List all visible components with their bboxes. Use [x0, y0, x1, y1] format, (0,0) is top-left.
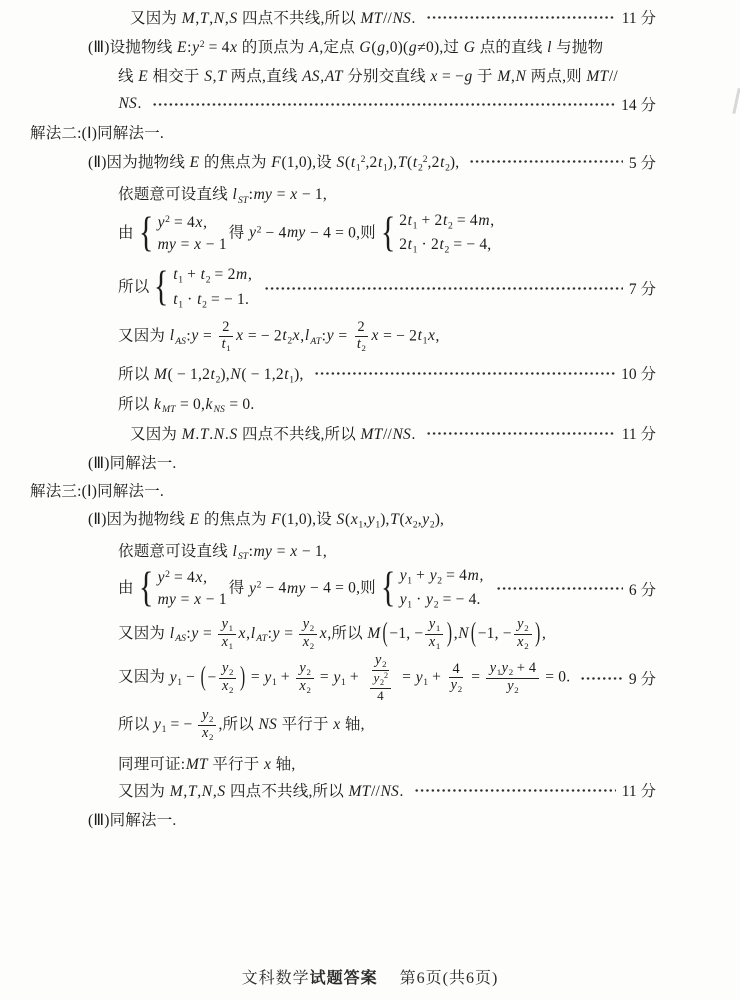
subscript: 2: [445, 162, 450, 173]
math-variable: my: [157, 591, 176, 608]
subscript: 1: [436, 641, 440, 651]
cases-row: t1 + t2 = 2m,: [173, 265, 252, 286]
cases-row: my = x − 1: [157, 235, 227, 254]
subscript: ST: [238, 195, 249, 206]
math-variable: x: [371, 327, 379, 344]
math-variable: S: [204, 68, 213, 85]
math-variable: my: [157, 236, 176, 253]
subscript: 1: [178, 275, 183, 286]
math-variable: MT: [360, 10, 383, 27]
doc-line-15: (Ⅱ)因为抛物线 E 的焦点为 F(1,0),设 S(x1,y1),T(x2,y…: [0, 507, 740, 530]
score-label: 7 分: [629, 277, 656, 299]
dotted-leader: [152, 101, 616, 108]
paren-right: ): [535, 618, 540, 650]
doc-line-18: 又因为 lAS:y = y1x1x,lAT:y = y2x2x,所以 M( −1…: [0, 617, 740, 652]
score-label: 11 分: [622, 6, 656, 28]
fraction: 2t1: [218, 320, 234, 354]
math-variable: S: [336, 154, 345, 171]
subscript: 1: [413, 220, 418, 231]
score-label: 14 分: [621, 93, 656, 115]
math-variable: AT: [256, 633, 268, 644]
math-variable: y: [191, 625, 199, 642]
math-variable: N: [213, 426, 225, 443]
doc-line-6: 依题意可设直线 lST:my = x − 1,: [0, 182, 740, 205]
cases-rows: y1 + y2 = 4m,y1 · y2 = − 4.: [399, 566, 483, 612]
page-number: 第6页(共6页): [400, 970, 499, 987]
line-text: (Ⅱ)因为抛物线 E 的焦点为 F(1,0),设 S(x1,y1),T(x2,y…: [88, 507, 444, 530]
doc-line-14: 解法三:(Ⅰ)同解法一.: [0, 479, 740, 501]
math-variable: m: [236, 266, 248, 283]
fraction-denominator: t1: [218, 337, 234, 354]
math-variable: x: [194, 236, 202, 253]
math-variable: x: [201, 725, 209, 741]
line-text: 所以 M( − 1,2t2),N( − 1,2t1),: [118, 362, 304, 385]
math-variable: x: [236, 327, 244, 344]
fraction-numerator: y1: [425, 617, 443, 635]
superscript: 2: [257, 224, 262, 235]
math-variable: y: [249, 580, 257, 597]
fraction-denominator: x1: [425, 635, 443, 652]
paren-content: − y2x2: [208, 661, 239, 696]
math-variable: ST: [238, 195, 249, 206]
math-variable: y: [157, 214, 165, 231]
math-variable: x: [302, 634, 310, 650]
subscript: 2: [306, 685, 310, 695]
math-variable: x: [195, 214, 203, 231]
subscript: 1: [358, 520, 363, 531]
paren-content: −1, − y2x2: [478, 617, 534, 652]
math-variable: y: [375, 652, 383, 668]
math-variable: T: [397, 154, 407, 171]
math-variable: y: [373, 670, 380, 685]
subscript: 1: [229, 623, 233, 633]
subscript: 1: [423, 677, 428, 688]
doc-line-20: 所以 y1 = − y2x2,所以 NS 平行于 x 轴,: [0, 708, 740, 743]
math-variable: T: [390, 511, 400, 528]
math-variable: x: [319, 625, 327, 642]
cases-system: {y2 = 4x,my = x − 1: [136, 213, 227, 255]
fraction-numerator: y1y2 + 4: [486, 661, 539, 679]
exam-title: 文科数学: [242, 970, 310, 987]
math-variable: E: [177, 39, 188, 56]
math-variable: g: [464, 68, 473, 85]
math-variable: F: [271, 154, 282, 171]
math-variable: y: [157, 569, 165, 586]
subscript: AS: [175, 336, 187, 347]
math-variable: y: [422, 511, 430, 528]
math-variable: MT: [360, 426, 383, 443]
fraction-denominator: x2: [299, 635, 317, 652]
big-paren-group: ( −1, − y1x1): [381, 617, 454, 652]
math-variable: MT: [586, 68, 609, 85]
line-text: NS.: [118, 95, 142, 113]
math-variable: MT: [348, 783, 371, 800]
subscript: 2: [448, 220, 453, 231]
subscript: 1: [341, 677, 346, 688]
math-variable: NS: [392, 10, 412, 27]
math-variable: N: [458, 625, 470, 642]
paren-left: (: [201, 662, 206, 694]
math-variable: G: [359, 39, 371, 56]
subscript: 1: [229, 641, 233, 651]
paren-content: −1, − y1x1: [389, 617, 445, 652]
score-label: 10 分: [621, 362, 656, 384]
cases-row: 2t1 · 2t2 = − 4,: [399, 235, 494, 256]
math-variable: y: [153, 716, 161, 733]
fraction: y2x2: [296, 661, 314, 696]
fraction-numerator: y2: [299, 617, 317, 635]
subscript: 2: [310, 623, 314, 633]
fraction-numerator: y2: [296, 661, 314, 679]
math-variable: MT: [185, 756, 208, 773]
dotted-leader: [414, 787, 616, 794]
math-variable: S: [229, 10, 238, 27]
subscript: 2: [437, 575, 442, 586]
math-variable: E: [189, 511, 200, 528]
math-variable: AT: [310, 336, 322, 347]
math-variable: AS: [175, 633, 187, 644]
subscript: 2: [430, 520, 435, 531]
cases-system: {2t1 + 2t2 = 4m,2t1 · 2t2 = − 4,: [378, 211, 495, 257]
doc-line-12: 又因为 M.T.N.S 四点不共线,所以 MT//NS. 11 分: [0, 422, 740, 444]
subscript: 1: [375, 520, 380, 531]
math-variable: MT: [162, 404, 176, 415]
doc-line-19: 又因为 y1 − ( − y2x2) = y1 + y2x2 = y1 + y2…: [0, 653, 740, 703]
fraction: y1x1: [218, 617, 236, 652]
cases-row: y2 = 4x,: [157, 213, 227, 232]
score-label: 9 分: [629, 667, 656, 689]
doc-line-23: (Ⅲ)同解法一.: [0, 808, 740, 830]
fraction: y2x2: [198, 708, 216, 743]
brace-icon: {: [381, 214, 396, 254]
fraction-denominator: x2: [219, 679, 237, 696]
cases-rows: y2 = 4x,my = x − 1: [157, 568, 227, 610]
doc-line-21: 同理可证:MT 平行于 x 轴,: [0, 752, 740, 774]
math-variable: x: [222, 678, 230, 694]
dotted-leader: [469, 158, 623, 165]
line-text: 由{y2 = 4x,my = x − 1得 y2 − 4my − 4 = 0,则…: [118, 566, 486, 612]
doc-line-22: 又因为 M,T,N,S 四点不共线,所以 MT//NS. 11 分: [0, 779, 740, 801]
fraction-numerator: 2: [355, 320, 368, 337]
fraction-numerator: y2: [514, 617, 532, 635]
subscript: AT: [310, 336, 322, 347]
math-variable: M: [153, 366, 167, 383]
math-variable: g: [377, 39, 386, 56]
line-text: 又因为 M,T,N,S 四点不共线,所以 MT//NS.: [118, 779, 404, 801]
doc-line-5: (Ⅱ)因为抛物线 E 的焦点为 F(1,0),设 S(t12,2t1),T(t2…: [0, 150, 740, 173]
line-text: 所以{t1 + t2 = 2m,t1 · t2 = − 1.: [118, 265, 254, 311]
superscript: 2: [257, 580, 262, 591]
big-paren-group: ( − y2x2): [199, 661, 247, 696]
math-variable: T: [187, 783, 197, 800]
fraction-denominator: x2: [296, 679, 314, 696]
math-variable: ST: [238, 551, 249, 562]
line-text: (Ⅱ)因为抛物线 E 的焦点为 F(1,0),设 S(t12,2t1),T(t2…: [88, 150, 459, 173]
math-variable: M: [497, 68, 511, 85]
math-variable: S: [217, 783, 226, 800]
math-variable: T: [199, 10, 209, 27]
scanned-answer-page: 又因为 M,T,N,S 四点不共线,所以 MT//NS. 11 分 (Ⅲ)设抛物…: [0, 0, 740, 1000]
fraction: y2x2: [219, 661, 237, 696]
math-variable: y: [428, 616, 436, 632]
math-variable: N: [230, 366, 242, 383]
doc-line-16: 依题意可设直线 lST:my = x − 1,: [0, 539, 740, 562]
subscript: 2: [524, 641, 528, 651]
math-variable: x: [221, 634, 229, 650]
dotted-leader: [496, 585, 623, 592]
subscript: 2: [229, 667, 233, 677]
doc-line-1: (Ⅲ)设抛物线 E:y2 = 4x 的顶点为 A,定点 G(g,0)(g≠0),…: [0, 35, 740, 57]
math-variable: T: [199, 426, 209, 443]
math-variable: AS: [175, 336, 187, 347]
cases-system: {y2 = 4x,my = x − 1: [136, 568, 227, 610]
subscript: 1: [177, 677, 182, 688]
fraction-numerator: y1: [218, 617, 236, 635]
math-variable: T: [217, 68, 227, 85]
line-text: 又因为 y1 − ( − y2x2) = y1 + y2x2 = y1 + y2…: [118, 653, 570, 703]
math-variable: y: [450, 677, 458, 693]
superscript: 2: [384, 671, 388, 680]
math-variable: y: [501, 660, 509, 676]
math-variable: E: [189, 154, 200, 171]
subscript: 2: [413, 520, 418, 531]
fraction: y2x2: [299, 617, 317, 652]
subscript: 2: [310, 641, 314, 651]
math-variable: x: [194, 591, 202, 608]
math-variable: x: [195, 569, 203, 586]
paren-left: (: [471, 618, 476, 650]
math-variable: S: [336, 511, 345, 528]
subscript: 1: [178, 299, 183, 310]
subscript: 2: [206, 275, 211, 286]
line-text: 又因为 M.T.N.S 四点不共线,所以 MT//NS.: [130, 422, 416, 444]
fraction-numerator: y22: [370, 671, 391, 689]
line-text: 所以 y1 = − y2x2,所以 NS 平行于 x 轴,: [118, 708, 365, 743]
fraction: 2t2: [353, 320, 369, 354]
line-text: 又因为 M,T,N,S 四点不共线,所以 MT//NS.: [130, 6, 416, 28]
doc-line-9: 又因为 lAS:y = 2t1x = − 2t2x,lAT:y = 2t2x =…: [0, 320, 740, 354]
subscript: ST: [238, 551, 249, 562]
math-variable: l: [547, 39, 553, 56]
math-variable: x: [230, 39, 238, 56]
subscript: 1: [383, 162, 388, 173]
subscript: 1: [407, 575, 412, 586]
math-variable: G: [463, 39, 475, 56]
math-variable: y: [264, 669, 272, 686]
math-variable: y: [201, 707, 209, 723]
line-text: (Ⅲ)设抛物线 E:y2 = 4x 的顶点为 A,定点 G(g,0)(g≠0),…: [88, 35, 603, 57]
fraction: y1y2 + 4y2: [486, 661, 539, 696]
math-variable: g: [408, 39, 417, 56]
fraction-numerator: y2: [219, 661, 237, 679]
math-variable: x: [238, 625, 246, 642]
math-variable: x: [290, 543, 298, 560]
math-variable: y: [326, 327, 334, 344]
fraction-numerator: 4: [449, 662, 462, 679]
fraction-denominator: x2: [514, 635, 532, 652]
dotted-leader: [580, 675, 623, 682]
math-variable: x: [333, 716, 341, 733]
fraction-numerator: y2: [372, 653, 390, 671]
cases-system: {t1 + t2 = 2m,t1 · t2 = − 1.: [151, 265, 252, 311]
fraction: y2x2: [514, 617, 532, 652]
subscript: NS: [213, 404, 225, 415]
subscript: 2: [509, 667, 513, 677]
superscript: 2: [423, 154, 428, 165]
math-variable: k: [153, 396, 161, 413]
math-variable: y: [192, 39, 200, 56]
line-text: (Ⅲ)同解法一.: [88, 451, 177, 473]
subscript: 2: [209, 715, 213, 725]
line-text: (Ⅲ)同解法一.: [88, 808, 177, 830]
math-variable: NS: [118, 95, 138, 112]
fraction-denominator: y224: [365, 671, 396, 703]
line-text: 依题意可设直线 lST:my = x − 1,: [118, 182, 327, 205]
subscript: 2: [524, 623, 528, 633]
line-text: 又因为 lAS:y = 2t1x = − 2t2x,lAT:y = 2t2x =…: [118, 320, 440, 354]
subscript: 2: [382, 660, 386, 670]
score-label: 5 分: [629, 151, 656, 173]
subscript: 2: [202, 299, 207, 310]
cases-row: my = x − 1: [157, 590, 227, 609]
superscript: 2: [361, 154, 366, 165]
brace-icon: {: [139, 569, 154, 609]
subscript: MT: [162, 404, 176, 415]
superscript: 2: [200, 39, 205, 50]
exam-title-bold: 试题答案: [310, 970, 378, 987]
cases-row: 2t1 + 2t2 = 4m,: [399, 211, 494, 232]
math-variable: y: [426, 591, 434, 608]
line-text: 同理可证:MT 平行于 x 轴,: [118, 752, 295, 774]
subscript: 2: [444, 244, 449, 255]
doc-line-10: 所以 M( − 1,2t2),N( − 1,2t1), 10 分: [0, 362, 740, 385]
math-variable: my: [253, 543, 272, 560]
fraction-denominator: x2: [198, 726, 216, 743]
math-variable: N: [515, 68, 527, 85]
superscript: 2: [165, 569, 170, 580]
dotted-leader: [264, 285, 623, 292]
doc-line-2: 线 E 相交于 S,T 两点,直线 AS,AT 分别交直线 x = −g 于 M…: [0, 64, 740, 86]
math-variable: y: [222, 660, 230, 676]
math-variable: S: [229, 426, 238, 443]
math-variable: y: [333, 669, 341, 686]
doc-line-0: 又因为 M,T,N,S 四点不共线,所以 MT//NS. 11 分: [0, 6, 740, 28]
fraction-denominator: y2: [447, 678, 465, 695]
paren-right: ): [447, 618, 452, 650]
subscript: 1: [162, 725, 167, 736]
subscript: AS: [175, 633, 187, 644]
math-variable: x: [290, 186, 298, 203]
subscript: 1: [289, 374, 294, 385]
dotted-leader: [426, 14, 616, 21]
cases-row: y1 · y2 = − 4.: [399, 590, 483, 611]
score-label: 6 分: [629, 578, 656, 600]
subscript: 2: [514, 685, 518, 695]
math-variable: NS: [380, 783, 400, 800]
fraction-denominator: y2: [504, 679, 522, 696]
doc-line-11: 所以 kMT = 0,kNS = 0.: [0, 392, 740, 415]
line-text: 又因为 lAS:y = y1x1x,lAT:y = y2x2x,所以 M( −1…: [118, 617, 546, 652]
math-variable: x: [430, 68, 438, 85]
fraction: y2y224: [365, 653, 396, 703]
math-variable: AT: [324, 68, 343, 85]
math-variable: A: [309, 39, 320, 56]
math-variable: y: [272, 625, 280, 642]
line-text: 依题意可设直线 lST:my = x − 1,: [118, 539, 327, 562]
math-variable: NS: [392, 426, 412, 443]
fraction-numerator: 2: [219, 320, 232, 337]
line-text: 所以 kMT = 0,kNS = 0.: [118, 392, 254, 415]
fraction-numerator: y2: [198, 708, 216, 726]
subscript: 1: [272, 677, 277, 688]
math-variable: x: [427, 327, 435, 344]
doc-line-3: NS. 14 分: [0, 93, 740, 115]
score-label: 11 分: [622, 422, 656, 444]
doc-line-7: 由{y2 = 4x,my = x − 1得 y2 − 4my − 4 = 0,则…: [0, 211, 740, 257]
math-variable: my: [287, 580, 306, 597]
math-variable: E: [138, 68, 149, 85]
cases-rows: y2 = 4x,my = x − 1: [157, 213, 227, 255]
math-variable: N: [213, 10, 225, 27]
subscript: 2: [458, 684, 462, 694]
math-variable: M: [169, 783, 183, 800]
cases-row: t1 · t2 = − 1.: [173, 290, 252, 311]
math-variable: x: [405, 511, 413, 528]
math-variable: x: [292, 327, 300, 344]
doc-line-8: 所以{t1 + t2 = 2m,t1 · t2 = − 1. 7 分: [0, 265, 740, 311]
dotted-leader: [426, 430, 616, 437]
doc-line-4: 解法二:(Ⅰ)同解法一.: [0, 121, 740, 143]
subscript: 1: [413, 244, 418, 255]
fraction-denominator: 4: [374, 689, 387, 703]
math-variable: y: [302, 616, 310, 632]
brace-icon: {: [139, 214, 154, 254]
math-variable: F: [271, 511, 282, 528]
line-text: 由{y2 = 4x,my = x − 1得 y2 − 4my − 4 = 0,则…: [118, 211, 496, 257]
doc-line-13: (Ⅲ)同解法一.: [0, 451, 740, 473]
fraction: 4y2: [447, 662, 465, 696]
math-variable: NS: [213, 404, 225, 415]
fraction: y1x1: [425, 617, 443, 652]
big-paren-group: ( −1, − y2x2): [469, 617, 542, 652]
line-text: 解法二:(Ⅰ)同解法一.: [30, 121, 164, 143]
math-variable: my: [287, 224, 306, 241]
line-text: 解法三:(Ⅰ)同解法一.: [30, 479, 164, 501]
line-text: 线 E 相交于 S,T 两点,直线 AS,AT 分别交直线 x = −g 于 M…: [118, 64, 618, 86]
fraction-denominator: t2: [353, 337, 369, 354]
math-variable: y: [489, 660, 497, 676]
cases-rows: 2t1 + 2t2 = 4m,2t1 · 2t2 = − 4,: [399, 211, 494, 257]
dotted-leader: [314, 370, 616, 377]
fraction-denominator: x1: [218, 635, 236, 652]
math-variable: y: [191, 327, 199, 344]
math-variable: m: [478, 212, 490, 229]
math-variable: AS: [302, 68, 321, 85]
cases-rows: t1 + t2 = 2m,t1 · t2 = − 1.: [173, 265, 252, 311]
math-variable: M: [181, 10, 195, 27]
math-variable: M: [367, 625, 381, 642]
doc-line-17: 由{y2 = 4x,my = x − 1得 y2 − 4my − 4 = 0,则…: [0, 566, 740, 612]
math-variable: x: [428, 634, 436, 650]
subscript: 2: [306, 667, 310, 677]
math-variable: NS: [258, 716, 278, 733]
cases-system: {y1 + y2 = 4m,y1 · y2 = − 4.: [378, 566, 484, 612]
subscript: AT: [256, 633, 268, 644]
cases-row: y2 = 4x,: [157, 568, 227, 587]
superscript: 2: [165, 214, 170, 225]
math-variable: y: [221, 616, 229, 632]
page-footer: 文科数学试题答案第6页(共6页): [0, 965, 740, 988]
